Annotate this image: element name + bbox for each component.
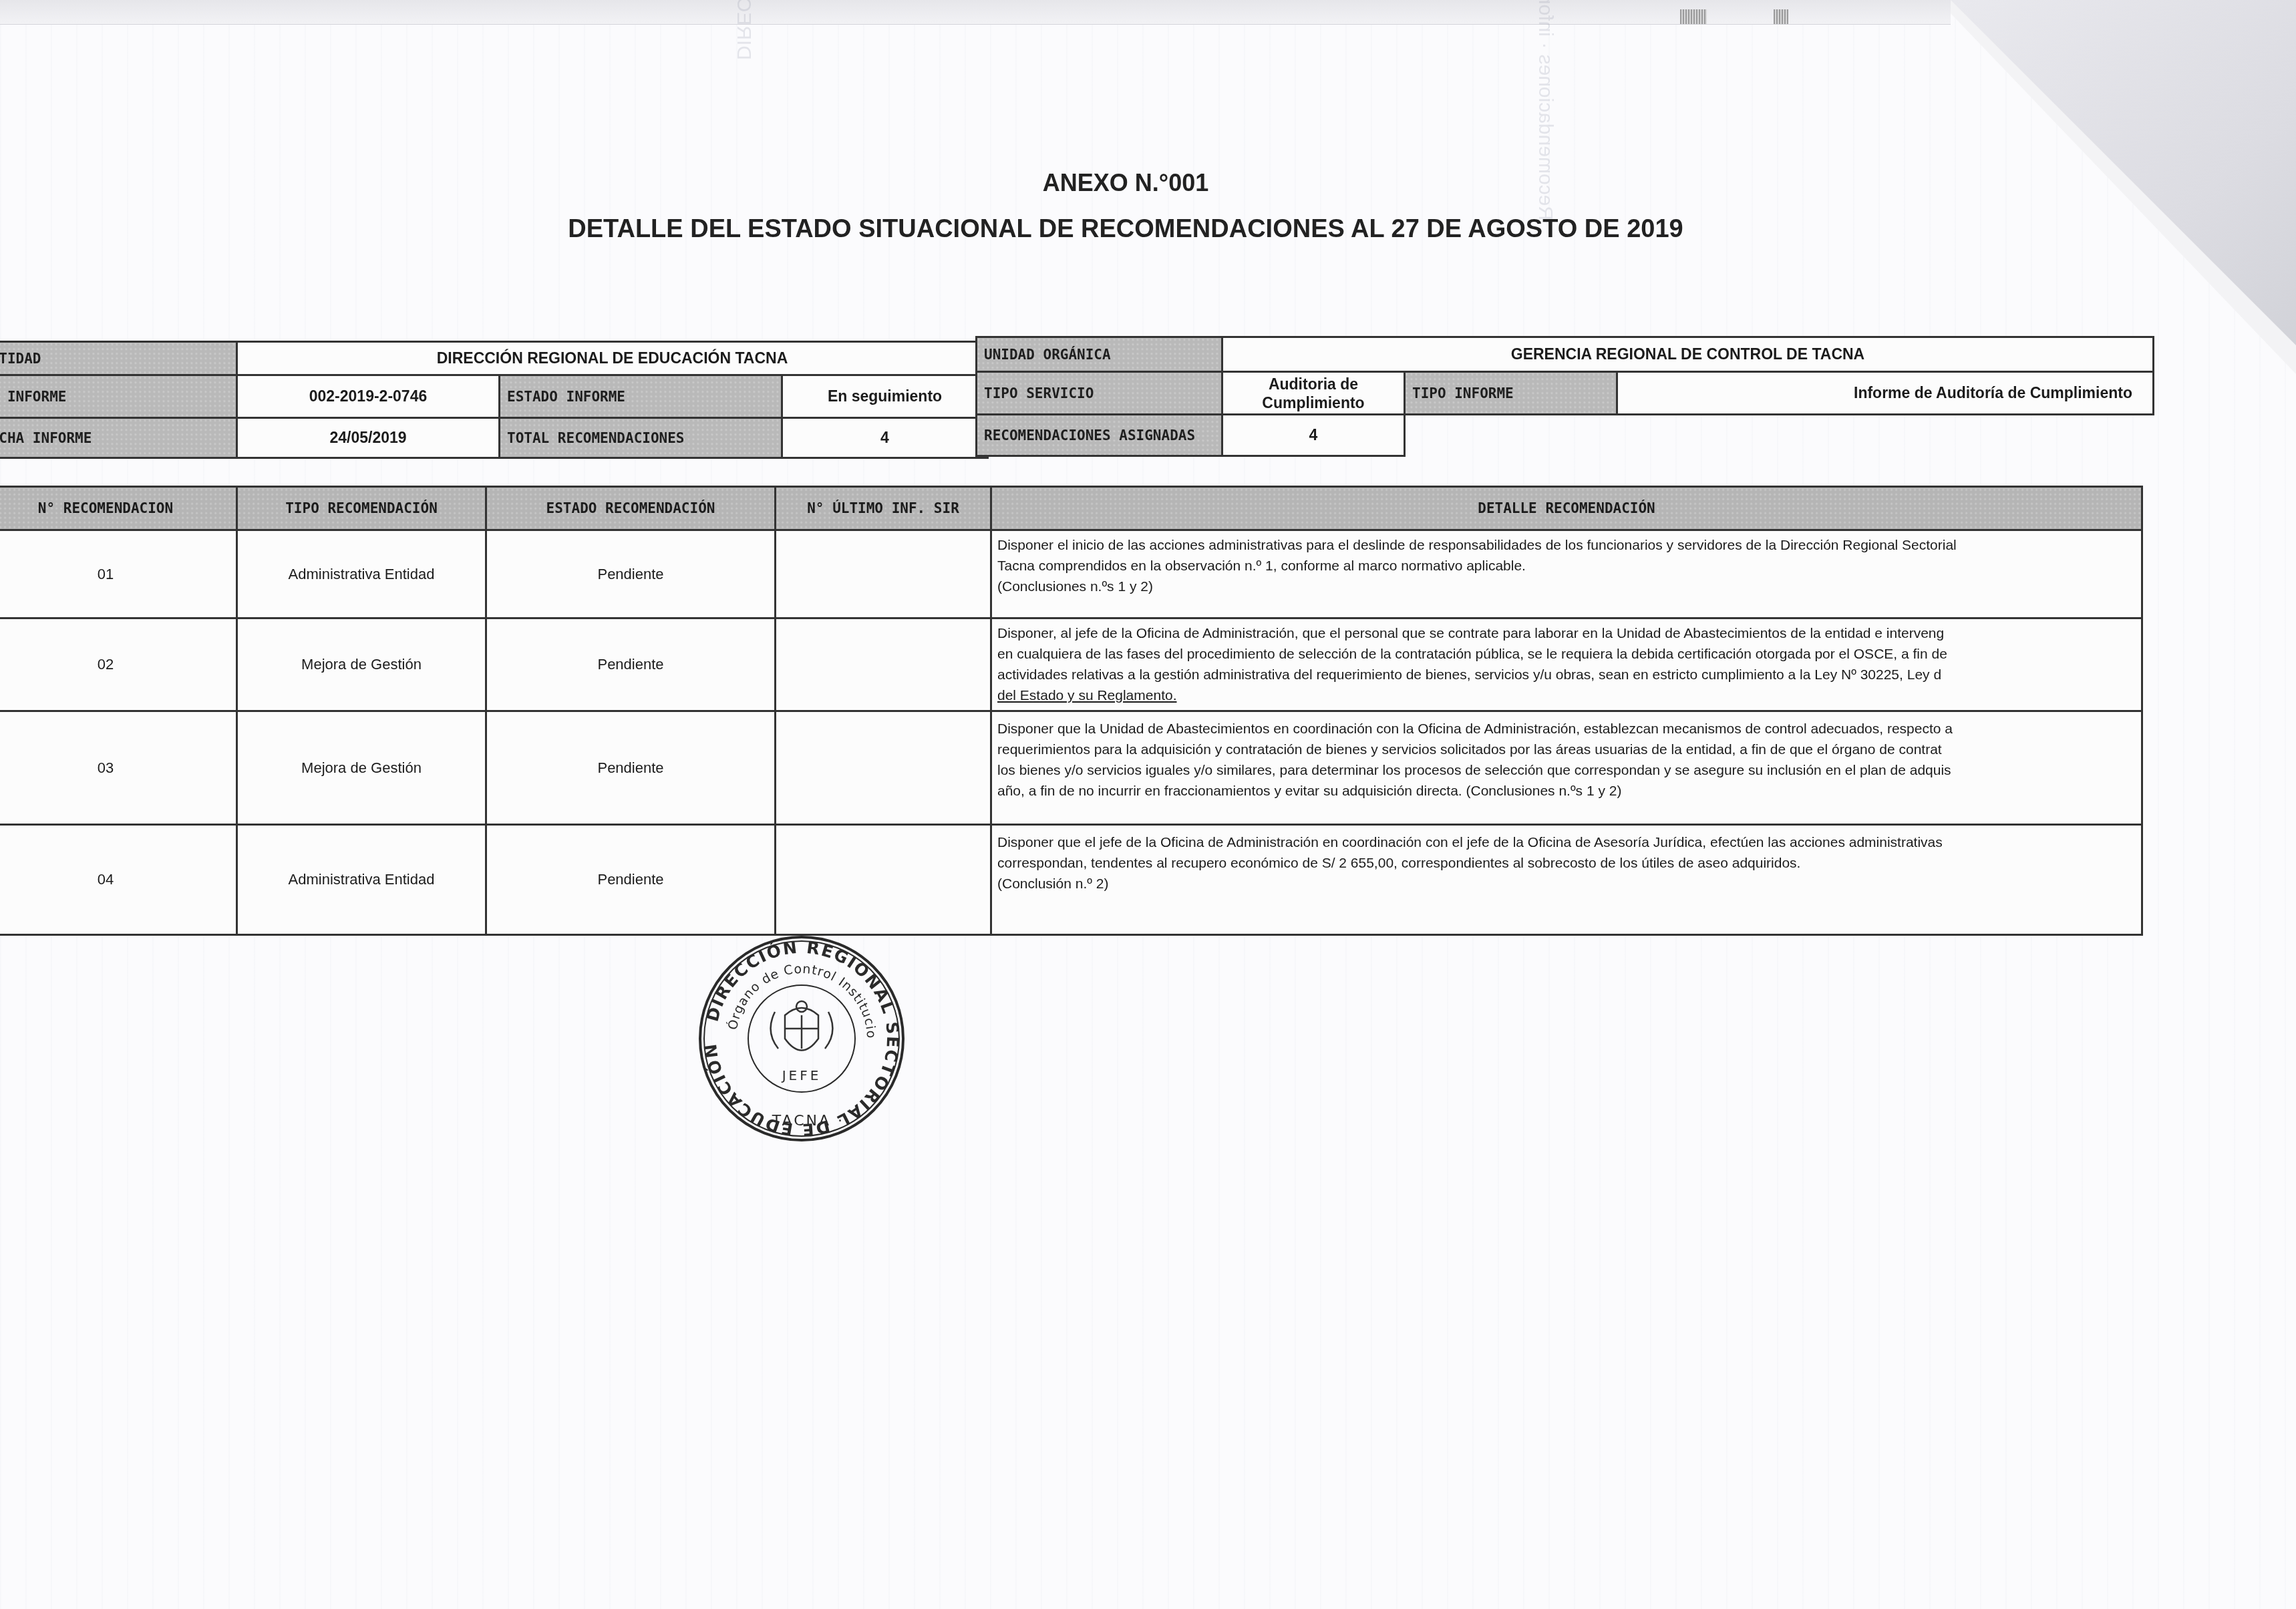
row-tipo: Mejora de Gestión bbox=[237, 618, 486, 711]
stamp-city: · TACNA · bbox=[759, 1113, 844, 1129]
unidad-organica-value: GERENCIA REGIONAL DE CONTROL DE TACNA bbox=[1222, 337, 2154, 372]
row-ultimo-inf bbox=[776, 530, 991, 618]
tipo-servicio-label: TIPO SERVICIO bbox=[977, 372, 1222, 415]
detalle-line: Disponer que el jefe de la Oficina de Ad… bbox=[997, 832, 2136, 853]
header-tipo: TIPO RECOMENDACIÓN bbox=[237, 487, 486, 530]
detalle-line: actividades relativas a la gestión admin… bbox=[997, 665, 2136, 685]
bleed-through-text: DIRECCION REGIONAL SECTORIAL DE EDUCACIO… bbox=[732, 0, 755, 60]
table-row: 03 Mejora de Gestión Pendiente Disponer … bbox=[0, 711, 2142, 825]
header-estado: ESTADO RECOMENDACIÓN bbox=[486, 487, 776, 530]
unit-info-table: UNIDAD ORGÁNICA GERENCIA REGIONAL DE CON… bbox=[975, 336, 2154, 457]
table-header-row: N° RECOMENDACION TIPO RECOMENDACIÓN ESTA… bbox=[0, 487, 2142, 530]
row-detalle: Disponer el inicio de las acciones admin… bbox=[991, 530, 2142, 618]
fecha-informe-label: FECHA INFORME bbox=[0, 418, 237, 458]
total-recomendaciones-value: 4 bbox=[782, 418, 988, 458]
document-subtitle: DETALLE DEL ESTADO SITUACIONAL DE RECOME… bbox=[0, 215, 2296, 244]
detalle-line: (Conclusión n.º 2) bbox=[997, 874, 2136, 894]
entidad-value: DIRECCIÓN REGIONAL DE EDUCACIÓN TACNA bbox=[237, 342, 988, 375]
detalle-line: (Conclusiones n.ºs 1 y 2) bbox=[997, 576, 2136, 597]
official-stamp: DIRECCIÓN REGIONAL SECTORIAL DE EDUCACIÓ… bbox=[695, 932, 909, 1145]
header-numero: N° RECOMENDACION bbox=[0, 487, 237, 530]
total-recomendaciones-label: TOTAL RECOMENDACIONES bbox=[500, 418, 782, 458]
unidad-organica-label: UNIDAD ORGÁNICA bbox=[977, 337, 1222, 372]
row-numero: 03 bbox=[0, 711, 237, 825]
stamp-role: JEFE bbox=[781, 1067, 822, 1083]
recomendaciones-asignadas-value: 4 bbox=[1222, 415, 1405, 456]
informe-label: N° INFORME bbox=[0, 375, 237, 418]
table-row: 01 Administrativa Entidad Pendiente Disp… bbox=[0, 530, 2142, 618]
table-row: 02 Mejora de Gestión Pendiente Disponer,… bbox=[0, 618, 2142, 711]
row-ultimo-inf bbox=[776, 711, 991, 825]
row-estado: Pendiente bbox=[486, 530, 776, 618]
row-tipo: Administrativa Entidad bbox=[237, 530, 486, 618]
header-detalle: DETALLE RECOMENDACIÓN bbox=[991, 487, 2142, 530]
detalle-line: requerimientos para la adquisición y con… bbox=[997, 739, 2136, 760]
estado-informe-value: En seguimiento bbox=[782, 375, 988, 418]
header-ultimo-inf: N° ÚLTIMO INF. SIR bbox=[776, 487, 991, 530]
tipo-informe-label: TIPO INFORME bbox=[1405, 372, 1617, 415]
tipo-informe-value: Informe de Auditoría de Cumplimiento bbox=[1617, 372, 2154, 415]
row-tipo: Mejora de Gestión bbox=[237, 711, 486, 825]
row-estado: Pendiente bbox=[486, 618, 776, 711]
detalle-line: del Estado y su Reglamento. bbox=[997, 685, 2136, 706]
empty-cell bbox=[1405, 415, 2154, 456]
row-estado: Pendiente bbox=[486, 711, 776, 825]
estado-informe-label: ESTADO INFORME bbox=[500, 375, 782, 418]
row-estado: Pendiente bbox=[486, 825, 776, 935]
detalle-line: año, a fin de no incurrir en fraccionami… bbox=[997, 781, 2136, 801]
row-ultimo-inf bbox=[776, 618, 991, 711]
row-tipo: Administrativa Entidad bbox=[237, 825, 486, 935]
document-page: DIRECCION REGIONAL SECTORIAL DE EDUCACIO… bbox=[0, 0, 2296, 1609]
row-detalle: Disponer que el jefe de la Oficina de Ad… bbox=[991, 825, 2142, 935]
annex-title: ANEXO N.°001 bbox=[0, 169, 2296, 197]
row-detalle: Disponer, al jefe de la Oficina de Admin… bbox=[991, 618, 2142, 711]
fecha-informe-value: 24/05/2019 bbox=[237, 418, 500, 458]
row-numero: 02 bbox=[0, 618, 237, 711]
detalle-line: Disponer que la Unidad de Abastecimiento… bbox=[997, 719, 2136, 739]
recomendaciones-asignadas-label: RECOMENDACIONES ASIGNADAS bbox=[977, 415, 1222, 456]
detalle-line: en cualquiera de las fases del procedimi… bbox=[997, 644, 2136, 665]
detalle-line: Disponer, al jefe de la Oficina de Admin… bbox=[997, 623, 2136, 644]
scanner-top-strip bbox=[0, 0, 1951, 25]
peru-coat-of-arms-icon bbox=[771, 1001, 833, 1051]
detalle-line: los bienes y/o servicios iguales y/o sim… bbox=[997, 760, 2136, 781]
detalle-line: Disponer el inicio de las acciones admin… bbox=[997, 535, 2136, 556]
row-numero: 04 bbox=[0, 825, 237, 935]
informe-value: 002-2019-2-0746 bbox=[237, 375, 500, 418]
tipo-servicio-value: Auditoria de Cumplimiento bbox=[1222, 372, 1405, 415]
table-row: 04 Administrativa Entidad Pendiente Disp… bbox=[0, 825, 2142, 935]
barcode-icon bbox=[1774, 9, 1788, 24]
detalle-line: correspondan, tendentes al recupero econ… bbox=[997, 853, 2136, 874]
detalle-line: Tacna comprendidos en la observación n.º… bbox=[997, 556, 2136, 576]
barcode-icon bbox=[1680, 9, 1707, 24]
row-numero: 01 bbox=[0, 530, 237, 618]
recommendations-table: N° RECOMENDACION TIPO RECOMENDACIÓN ESTA… bbox=[0, 486, 2143, 936]
row-detalle: Disponer que la Unidad de Abastecimiento… bbox=[991, 711, 2142, 825]
report-info-table: ENTIDAD DIRECCIÓN REGIONAL DE EDUCACIÓN … bbox=[0, 341, 989, 459]
row-ultimo-inf bbox=[776, 825, 991, 935]
entidad-label: ENTIDAD bbox=[0, 342, 237, 375]
